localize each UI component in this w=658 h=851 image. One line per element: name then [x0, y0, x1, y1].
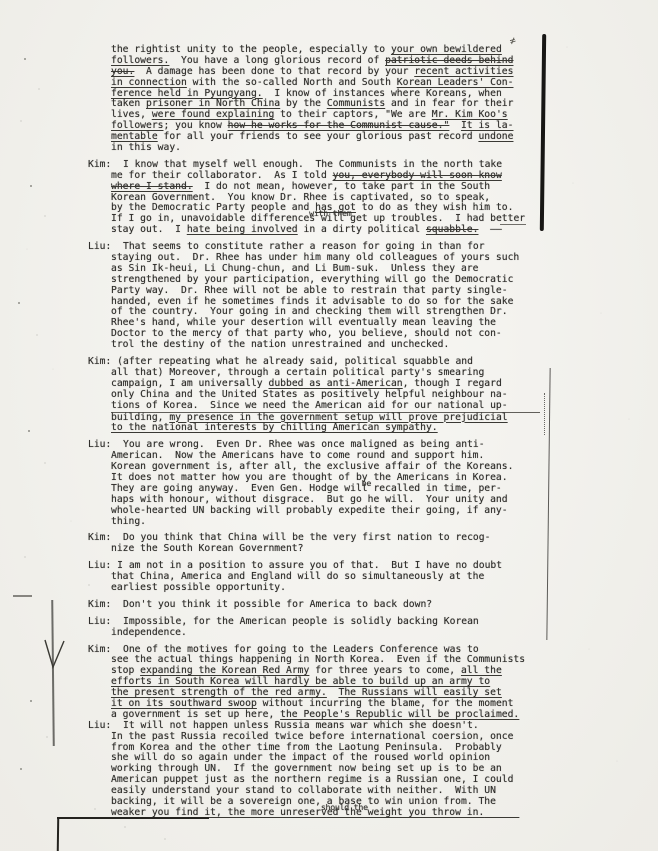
text-line: thing. — [111, 517, 540, 528]
text-line: Kim: Don't you think it possible for Ame… — [88, 600, 540, 611]
pen-dash-annotation — [500, 224, 526, 225]
scan-specks — [0, 0, 2, 2]
corner-bracket-annotation — [57, 817, 209, 819]
text-line: tions of Korea. Since we need the Americ… — [111, 401, 540, 412]
text-line: earliest possible opportunity. — [111, 583, 540, 594]
paragraph: Liu: You are wrong. Even Dr. Rhee was on… — [88, 440, 540, 527]
scan-crease-dots — [544, 393, 545, 435]
text-line: to the national interests by chilling Am… — [111, 423, 540, 434]
paragraph: Kim: Do you think that China will be the… — [88, 533, 540, 555]
typed-insertion: be — [362, 478, 371, 489]
typed-insertion: with them — [309, 208, 351, 219]
typed-insertion: should the — [321, 802, 368, 813]
paragraph: Kim: I know that myself well enough. The… — [88, 160, 540, 236]
margin-dash-annotation — [13, 595, 32, 597]
paragraph: Kim: One of the motives for going to the… — [88, 645, 540, 819]
paragraph: Liu: That seems to constitute rather a r… — [88, 242, 540, 351]
checkmark-annotation — [43, 638, 67, 674]
paragraph: Liu: Impossible, for the American people… — [88, 617, 540, 639]
scan-crease-line — [546, 368, 551, 640]
text-line: nize the South Korean Government? — [111, 544, 540, 555]
text-line: stay out. I hate being involved in a dir… — [111, 225, 540, 236]
text-line: independence. — [111, 628, 540, 639]
document-text: the rightist unity to the people, especi… — [88, 45, 540, 825]
paragraph: Kim: Don't you think it possible for Ame… — [88, 600, 540, 611]
paragraph: Liu: I am not in a position to assure yo… — [88, 561, 540, 594]
scan-crease-line — [540, 34, 546, 231]
paragraph: the rightist unity to the people, especi… — [88, 45, 540, 154]
text-line: trol the destiny of the nation unrestrai… — [111, 340, 540, 351]
text-line: whole-hearted UN backing will probably e… — [111, 506, 540, 517]
text-line: in this way. — [111, 143, 540, 154]
paragraph: Kim: (after repeating what he already sa… — [88, 357, 540, 434]
corner-bracket-annotation — [57, 817, 59, 851]
scanned-document-page: the rightist unity to the people, especi… — [0, 0, 658, 851]
